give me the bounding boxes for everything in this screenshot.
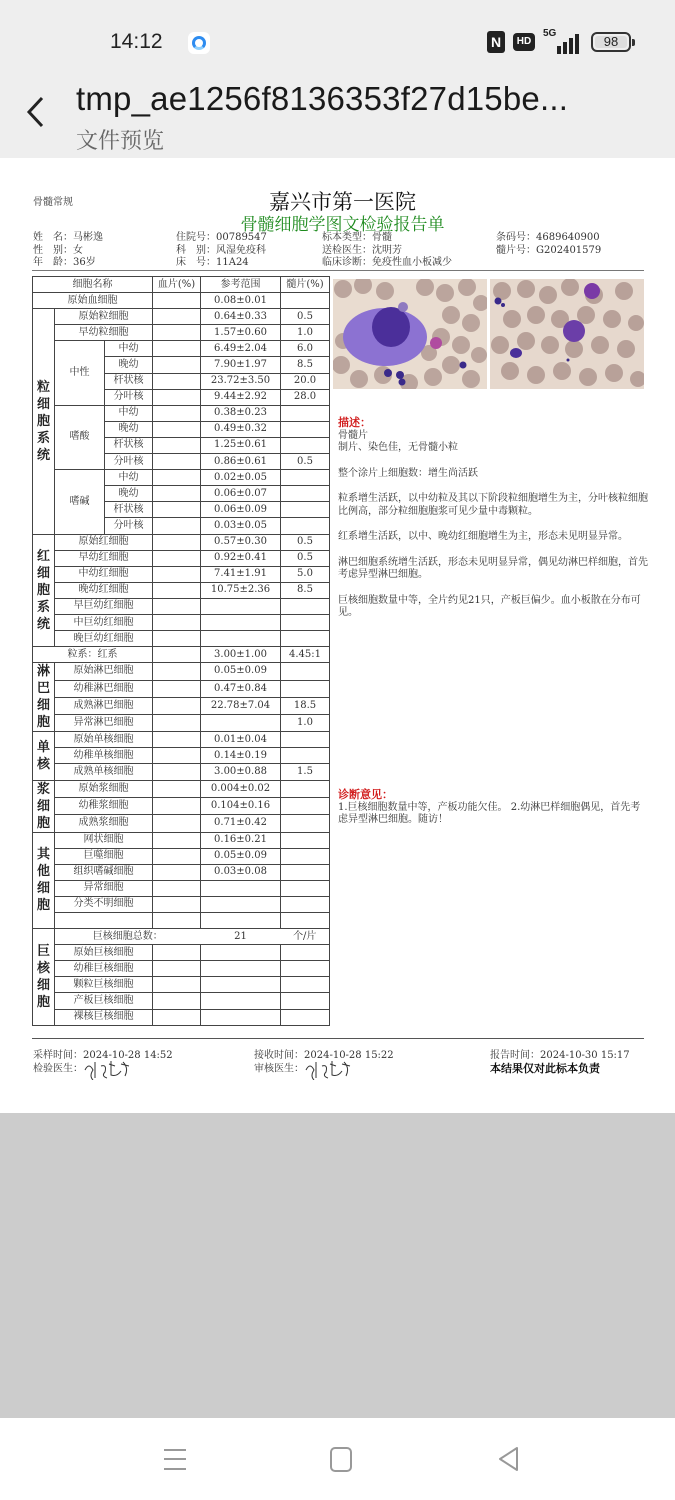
- blood-value: [153, 896, 201, 912]
- cell-name: 异常细胞: [55, 880, 153, 896]
- marrow-value: 4.45:1: [281, 647, 330, 663]
- cell-name: 晚幼红细胞: [55, 582, 153, 598]
- info-col-3: 标本类型：骨髓 送检医生：沈明芳 临床诊断：免疫性血小板减少: [322, 232, 452, 270]
- group-granulocyte: 粒细胞系统: [33, 309, 55, 534]
- cell-name: 中幼: [105, 405, 153, 421]
- marrow-value: [281, 518, 330, 534]
- ref-range: 0.03±0.08: [201, 864, 281, 880]
- marrow-value: 5.0: [281, 566, 330, 582]
- diagnosis-heading: 诊断意见：: [338, 789, 648, 802]
- status-bar: 14:12 N HD 5G 98: [0, 0, 675, 80]
- file-subtitle: 文件预览: [76, 124, 164, 155]
- slide-no: G202401579: [536, 245, 601, 256]
- admission-label: 住院号：: [176, 232, 216, 243]
- nfc-icon: N: [487, 31, 505, 53]
- blood-value: [153, 614, 201, 630]
- table-row: 早幼红细胞 0.92±0.41 0.5: [33, 550, 330, 566]
- mega-total-value: 21: [201, 929, 281, 945]
- subgroup-neutral: 中性: [55, 341, 105, 405]
- ref-range: 0.71±0.42: [201, 815, 281, 832]
- table-row: 晚幼红细胞 10.75±2.36 8.5: [33, 582, 330, 598]
- marrow-value: [281, 486, 330, 502]
- table-row: 粒系：红系 3.00±1.00 4.45:1: [33, 647, 330, 663]
- group-monocyte: 单核: [33, 732, 55, 780]
- table-row: 幼稚巨核细胞: [33, 961, 330, 977]
- ref-range: [201, 1009, 281, 1025]
- divider: [32, 270, 644, 271]
- network-type: 5G: [543, 28, 556, 39]
- ref-range: 1.25±0.61: [201, 437, 281, 453]
- cell-name: 晚幼: [105, 486, 153, 502]
- barcode-label: 条码号：: [496, 232, 536, 243]
- signature-image: [304, 1058, 354, 1080]
- cell-name: 晚幼: [105, 421, 153, 437]
- ref-range: [201, 961, 281, 977]
- ref-range: [201, 896, 281, 912]
- empty-cell: [281, 913, 330, 929]
- table-row: 裸核巨核细胞: [33, 1009, 330, 1025]
- marrow-value: 28.0: [281, 389, 330, 405]
- header-ref: 参考范围: [201, 277, 281, 293]
- marrow-value: [281, 732, 330, 748]
- marrow-value: [281, 293, 330, 309]
- marrow-value: [281, 502, 330, 518]
- blood-value: [153, 421, 201, 437]
- ref-range: 7.90±1.97: [201, 357, 281, 373]
- patient-sex: 女: [73, 245, 83, 256]
- ref-range: [201, 614, 281, 630]
- blood-value: [153, 715, 201, 732]
- cell-name: 原始巨核细胞: [55, 945, 153, 961]
- cell-name: 早巨幼红细胞: [55, 598, 153, 614]
- marrow-value: [281, 797, 330, 814]
- marrow-value: 20.0: [281, 373, 330, 389]
- description-section: 描述： 骨髓片 制片、染色佳，无骨髓小粒 整个涂片上细胞数：增生尚活跃 粒系增生…: [338, 417, 648, 620]
- empty-cell: [153, 913, 201, 929]
- ref-range: 0.08±0.01: [201, 293, 281, 309]
- marrow-value: 8.5: [281, 582, 330, 598]
- cell-name: 幼稚浆细胞: [55, 797, 153, 814]
- divider: [32, 1038, 644, 1039]
- patient-age: 36岁: [73, 257, 96, 268]
- ref-range: 0.01±0.04: [201, 732, 281, 748]
- table-row: 早巨幼红细胞: [33, 598, 330, 614]
- blood-value: [153, 373, 201, 389]
- ref-range: 10.75±2.36: [201, 582, 281, 598]
- cell-name: 裸核巨核细胞: [55, 1009, 153, 1025]
- ref-range: 0.49±0.32: [201, 421, 281, 437]
- blood-value: [153, 389, 201, 405]
- cell-name: 原始红细胞: [55, 534, 153, 550]
- marrow-value: [281, 680, 330, 697]
- inspector-label: 检验医生：: [33, 1064, 83, 1075]
- description-heading: 描述：: [338, 417, 648, 430]
- blood-value: [153, 864, 201, 880]
- blood-value: [153, 598, 201, 614]
- hd-voice-icon: HD: [513, 33, 535, 51]
- dept-label: 科 别：: [176, 245, 216, 256]
- back-button[interactable]: [22, 92, 52, 132]
- battery-level: 98: [604, 34, 618, 49]
- home-button[interactable]: [326, 1444, 356, 1474]
- ref-range: 3.00±0.88: [201, 764, 281, 780]
- table-row: 中幼红细胞 7.41±1.91 5.0: [33, 566, 330, 582]
- ref-range: 0.06±0.07: [201, 486, 281, 502]
- description-erythroid: 红系增生活跃，以中、晚幼红细胞增生为主，形态未见明显异常。: [338, 531, 648, 544]
- marrow-value: [281, 631, 330, 647]
- marrow-value: [281, 470, 330, 486]
- blood-value: [153, 518, 201, 534]
- marrow-value: [281, 945, 330, 961]
- info-col-2: 住院号：00789547 科 别：风湿免疫科 床 号：11A24: [176, 232, 267, 270]
- reviewer-label: 审核医生：: [254, 1064, 304, 1075]
- blood-value: [153, 880, 201, 896]
- cell-name: 粒系：红系: [33, 647, 153, 663]
- cell-name: 原始单核细胞: [55, 732, 153, 748]
- marrow-value: [281, 815, 330, 832]
- diagnosis-section: 诊断意见： 1.巨核细胞数量中等，产板功能欠佳。 2.幼淋巴样细胞偶见，首先考虑…: [338, 789, 648, 827]
- marrow-value: [281, 848, 330, 864]
- ref-range: [201, 945, 281, 961]
- blood-value: [153, 680, 201, 697]
- blood-value: [153, 780, 201, 797]
- ref-range: [201, 880, 281, 896]
- ref-range: 0.57±0.30: [201, 534, 281, 550]
- cell-count-table: 细胞名称 血片(%) 参考范围 髓片(%) 原始血细胞 0.08±0.01 粒细…: [32, 276, 330, 1026]
- group-erythroid: 红细胞系统: [33, 534, 55, 647]
- status-icons: N HD 5G 98: [487, 30, 631, 54]
- empty-cell: [201, 913, 281, 929]
- marrow-value: [281, 896, 330, 912]
- ref-range: 0.02±0.05: [201, 470, 281, 486]
- cell-name: 分叶核: [105, 389, 153, 405]
- blood-value: [153, 1009, 201, 1025]
- blood-value: [153, 977, 201, 993]
- cell-name: 早幼红细胞: [55, 550, 153, 566]
- cell-name: 原始血细胞: [33, 293, 153, 309]
- ref-range: 0.38±0.23: [201, 405, 281, 421]
- description-megakaryocyte: 巨核细胞数量中等，全片约见21只，产板巨偏少。血小板散在分布可见。: [338, 595, 648, 620]
- cell-name: 幼稚淋巴细胞: [55, 680, 153, 697]
- header-blood: 血片(%): [153, 277, 201, 293]
- micrograph-lymphocyte: [490, 279, 644, 389]
- navigation-bar: [0, 1418, 675, 1500]
- table-row: 组织嗜碱细胞 0.03±0.08: [33, 864, 330, 880]
- department: 风湿免疫科: [216, 245, 266, 256]
- blood-value: [153, 502, 201, 518]
- marrow-value: 0.5: [281, 309, 330, 325]
- table-row: 产板巨核细胞: [33, 993, 330, 1009]
- recents-button[interactable]: [160, 1444, 190, 1474]
- blood-value: [153, 309, 201, 325]
- patient-name: 马彬逸: [73, 232, 103, 243]
- marrow-value: [281, 437, 330, 453]
- slide-label: 髓片号：: [496, 245, 536, 256]
- table-row: 异常淋巴细胞 1.0: [33, 715, 330, 732]
- table-row: 巨核细胞 巨核细胞总数： 21 个/片: [33, 929, 330, 945]
- admission-no: 00789547: [216, 232, 267, 243]
- blood-value: [153, 732, 201, 748]
- marrow-value: [281, 961, 330, 977]
- table-row: 中性 中幼 6.49±2.04 6.0: [33, 341, 330, 357]
- cell-name: 杆状核: [105, 437, 153, 453]
- table-row: 颗粒巨核细胞: [33, 977, 330, 993]
- ref-range: 0.86±0.61: [201, 454, 281, 470]
- blood-value: [153, 357, 201, 373]
- table-header-row: 细胞名称 血片(%) 参考范围 髓片(%): [33, 277, 330, 293]
- marrow-value: 0.5: [281, 534, 330, 550]
- description-line: 制片、染色佳，无骨髓小粒: [338, 442, 648, 455]
- ref-range: 1.57±0.60: [201, 325, 281, 341]
- cell-name: 分叶核: [105, 518, 153, 534]
- blood-value: [153, 405, 201, 421]
- table-row: 幼稚浆细胞 0.104±0.16: [33, 797, 330, 814]
- report-page: 骨髓常规 嘉兴市第一医院 骨髓细胞学图文检验报告单 姓 名：马彬逸 性 别：女 …: [0, 158, 675, 1113]
- header-marrow: 髓片(%): [281, 277, 330, 293]
- cell-name: 杆状核: [105, 502, 153, 518]
- ref-range: 0.06±0.09: [201, 502, 281, 518]
- table-row-empty: [33, 913, 330, 929]
- blood-value: [153, 486, 201, 502]
- ref-range: 0.004±0.02: [201, 780, 281, 797]
- cell-name: 晚巨幼红细胞: [55, 631, 153, 647]
- marrow-value: 18.5: [281, 697, 330, 714]
- inspector: 检验医生：: [33, 1058, 133, 1080]
- blood-value: [153, 961, 201, 977]
- blood-value: [153, 325, 201, 341]
- description-granulocyte: 粒系增生活跃，以中幼粒及其以下阶段粒细胞增生为主，分叶核粒细胞比例高，部分粒细胞…: [338, 493, 648, 518]
- age-label: 年 龄：: [33, 257, 73, 268]
- blood-value: [153, 993, 201, 1009]
- name-label: 姓 名：: [33, 232, 73, 243]
- description-line: 骨髓片: [338, 430, 648, 443]
- ref-range: 0.64±0.33: [201, 309, 281, 325]
- micrograph-megakaryocyte: [333, 279, 487, 389]
- marrow-value: [281, 614, 330, 630]
- mega-total-unit: 个/片: [281, 929, 330, 945]
- header-cell-name: 细胞名称: [33, 277, 153, 293]
- info-col-4: 条码号：4689640900 髓片号：G202401579: [496, 232, 601, 257]
- group-plasma: 浆细胞: [33, 780, 55, 832]
- cell-name: 分叶核: [105, 454, 153, 470]
- table-row: 原始血细胞 0.08±0.01: [33, 293, 330, 309]
- cell-name: 产板巨核细胞: [55, 993, 153, 1009]
- cell-name: 原始淋巴细胞: [55, 663, 153, 680]
- cell-name: 分类不明细胞: [55, 896, 153, 912]
- ref-range: 3.00±1.00: [201, 647, 281, 663]
- blood-value: [153, 697, 201, 714]
- ref-range: 0.14±0.19: [201, 748, 281, 764]
- blood-value: [153, 566, 201, 582]
- ref-range: 0.92±0.41: [201, 550, 281, 566]
- table-row: 嗜碱 中幼 0.02±0.05: [33, 470, 330, 486]
- cell-name: 原始浆细胞: [55, 780, 153, 797]
- marrow-value: 0.5: [281, 454, 330, 470]
- table-row: 粒细胞系统 原始粒细胞 0.64±0.33 0.5: [33, 309, 330, 325]
- mega-total-label: 巨核细胞总数：: [55, 929, 201, 945]
- empty-preview-area: [0, 1113, 675, 1418]
- blood-value: [153, 341, 201, 357]
- cell-name: 早幼粒细胞: [55, 325, 153, 341]
- nav-back-button[interactable]: [494, 1444, 524, 1474]
- cell-name: 颗粒巨核细胞: [55, 977, 153, 993]
- cell-name: 幼稚单核细胞: [55, 748, 153, 764]
- cell-name: 网状细胞: [55, 832, 153, 848]
- cell-name: 中幼红细胞: [55, 566, 153, 582]
- marrow-value: 1.0: [281, 325, 330, 341]
- info-col-1: 姓 名：马彬逸 性 别：女 年 龄：36岁: [33, 232, 103, 270]
- blood-value: [153, 534, 201, 550]
- menu-lines-icon: [160, 1444, 190, 1474]
- chevron-left-icon: [22, 92, 52, 132]
- blood-value: [153, 797, 201, 814]
- marrow-value: [281, 880, 330, 896]
- marrow-value: [281, 421, 330, 437]
- ref-range: 9.44±2.92: [201, 389, 281, 405]
- cell-name: 晚幼: [105, 357, 153, 373]
- table-row: 单核 原始单核细胞 0.01±0.04: [33, 732, 330, 748]
- doctor-label: 送检医生：: [322, 245, 372, 256]
- blood-value: [153, 764, 201, 780]
- empty-cell: [55, 913, 153, 929]
- table-row: 幼稚淋巴细胞 0.47±0.84: [33, 680, 330, 697]
- marrow-value: 1.0: [281, 715, 330, 732]
- cell-name: 异常淋巴细胞: [55, 715, 153, 732]
- table-row: 巨噬细胞 0.05±0.09: [33, 848, 330, 864]
- blood-value: [153, 437, 201, 453]
- blood-value: [153, 832, 201, 848]
- subgroup-basophil: 嗜碱: [55, 470, 105, 534]
- cell-name: 成熟单核细胞: [55, 764, 153, 780]
- blood-value: [153, 470, 201, 486]
- table-row: 浆细胞 原始浆细胞 0.004±0.02: [33, 780, 330, 797]
- report-time: 报告时间：2024-10-30 15:17: [490, 1046, 630, 1061]
- ref-range: [201, 598, 281, 614]
- specimen-type: 骨髓: [372, 232, 392, 243]
- ref-range: [201, 631, 281, 647]
- description-cells: 整个涂片上细胞数：增生尚活跃: [338, 468, 648, 481]
- table-row: 红细胞系统 原始红细胞 0.57±0.30 0.5: [33, 534, 330, 550]
- blood-value: [153, 293, 201, 309]
- blood-value: [153, 631, 201, 647]
- marrow-value: 8.5: [281, 357, 330, 373]
- cell-name: 成熟淋巴细胞: [55, 697, 153, 714]
- cell-name: 原始粒细胞: [55, 309, 153, 325]
- cell-name: 中巨幼红细胞: [55, 614, 153, 630]
- group-other: 其他细胞: [33, 832, 55, 929]
- bed-no: 11A24: [216, 257, 249, 268]
- marrow-value: 6.0: [281, 341, 330, 357]
- signal-5g-icon: 5G: [543, 30, 583, 54]
- browser-app-icon: [188, 32, 210, 54]
- table-row: 其他细胞 网状细胞 0.16±0.21: [33, 832, 330, 848]
- blood-value: [153, 582, 201, 598]
- blood-value: [153, 815, 201, 832]
- blood-value: [153, 647, 201, 663]
- diagnosis-label: 临床诊断：: [322, 257, 372, 268]
- marrow-value: [281, 864, 330, 880]
- table-row: 成熟淋巴细胞 22.78±7.04 18.5: [33, 697, 330, 714]
- cell-name: 幼稚巨核细胞: [55, 961, 153, 977]
- blood-value: [153, 663, 201, 680]
- marrow-value: 1.5: [281, 764, 330, 780]
- marrow-value: [281, 1009, 330, 1025]
- marrow-value: 0.5: [281, 550, 330, 566]
- file-title: tmp_ae1256f8136353f27d15be...: [76, 80, 568, 118]
- ref-range: 0.05±0.09: [201, 848, 281, 864]
- table-row: 晚巨幼红细胞: [33, 631, 330, 647]
- blood-value: [153, 945, 201, 961]
- blood-value: [153, 748, 201, 764]
- marrow-value: [281, 780, 330, 797]
- barcode: 4689640900: [536, 232, 600, 243]
- ref-range: 0.03±0.05: [201, 518, 281, 534]
- ref-range: [201, 715, 281, 732]
- ref-range: 0.16±0.21: [201, 832, 281, 848]
- ref-range: 22.78±7.04: [201, 697, 281, 714]
- diagnosis-text: 1.巨核细胞数量中等，产板功能欠佳。 2.幼淋巴样细胞偶见，首先考虑异型淋巴细胞…: [338, 802, 648, 827]
- table-row: 中巨幼红细胞: [33, 614, 330, 630]
- battery-icon: 98: [591, 32, 631, 52]
- status-time: 14:12: [110, 30, 163, 54]
- table-row: 异常细胞: [33, 880, 330, 896]
- table-row: 成熟浆细胞 0.71±0.42: [33, 815, 330, 832]
- referring-doctor: 沈明芳: [372, 245, 402, 256]
- triangle-back-icon: [494, 1444, 524, 1474]
- ref-range: [201, 977, 281, 993]
- cell-name: 杆状核: [105, 373, 153, 389]
- table-row: 成熟单核细胞 3.00±0.88 1.5: [33, 764, 330, 780]
- table-row: 早幼粒细胞 1.57±0.60 1.0: [33, 325, 330, 341]
- disclaimer: 本结果仅对此标本负责: [490, 1060, 600, 1076]
- signature-image: [83, 1058, 133, 1080]
- table-row: 原始巨核细胞: [33, 945, 330, 961]
- bed-label: 床 号：: [176, 257, 216, 268]
- marrow-value: [281, 993, 330, 1009]
- cell-name: 组织嗜碱细胞: [55, 864, 153, 880]
- title-bar: tmp_ae1256f8136353f27d15be... 文件预览: [0, 80, 675, 158]
- marrow-value: [281, 748, 330, 764]
- ref-range: [201, 993, 281, 1009]
- ref-range: 0.05±0.09: [201, 663, 281, 680]
- blood-value: [153, 848, 201, 864]
- cell-name: 中幼: [105, 341, 153, 357]
- marrow-value: [281, 405, 330, 421]
- clinical-diagnosis: 免疫性血小板减少: [372, 257, 452, 268]
- marrow-value: [281, 977, 330, 993]
- cell-name: 巨噬细胞: [55, 848, 153, 864]
- marrow-value: [281, 598, 330, 614]
- subgroup-eosinophil: 嗜酸: [55, 405, 105, 469]
- table-row: 分类不明细胞: [33, 896, 330, 912]
- specimen-label: 标本类型：: [322, 232, 372, 243]
- cell-name: 成熟浆细胞: [55, 815, 153, 832]
- group-lymphocyte: 淋巴细胞: [33, 663, 55, 732]
- square-icon: [326, 1444, 356, 1474]
- marrow-value: [281, 832, 330, 848]
- ref-range: 7.41±1.91: [201, 566, 281, 582]
- cell-name: 中幼: [105, 470, 153, 486]
- reviewer: 审核医生：: [254, 1058, 354, 1080]
- sex-label: 性 别：: [33, 245, 73, 256]
- ref-range: 6.49±2.04: [201, 341, 281, 357]
- marrow-value: [281, 663, 330, 680]
- table-row: 淋巴细胞 原始淋巴细胞 0.05±0.09: [33, 663, 330, 680]
- ref-range: 0.47±0.84: [201, 680, 281, 697]
- description-lymph: 淋巴细胞系统增生活跃，形态未见明显异常，偶见幼淋巴样细胞，首先考虑异型淋巴细胞。: [338, 557, 648, 582]
- group-megakaryocyte: 巨核细胞: [33, 929, 55, 1026]
- document-preview[interactable]: 骨髓常规 嘉兴市第一医院 骨髓细胞学图文检验报告单 姓 名：马彬逸 性 别：女 …: [0, 158, 675, 1113]
